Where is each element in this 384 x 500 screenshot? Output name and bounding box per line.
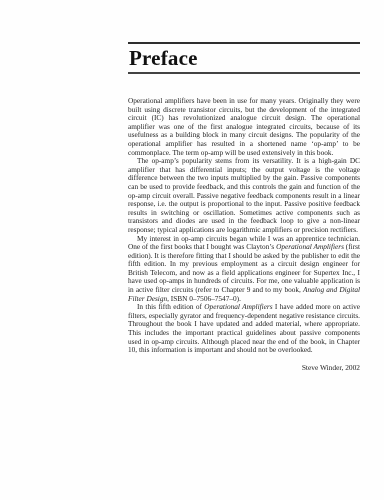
title-rule-bottom bbox=[128, 72, 360, 74]
paragraph-3: My interest in op-amp circuits began whi… bbox=[128, 235, 360, 304]
preface-body: Operational amplifiers have been in use … bbox=[128, 97, 360, 355]
paragraph-4: In this fifth edition of Operational Amp… bbox=[128, 303, 360, 355]
book-page: Preface Operational amplifiers have been… bbox=[0, 0, 384, 500]
paragraph-2: The op-amp’s popularity stems from its v… bbox=[128, 157, 360, 234]
author-signature: Steve Winder, 2002 bbox=[128, 364, 360, 373]
title-rule-top bbox=[128, 42, 360, 44]
preface-content: Preface Operational amplifiers have been… bbox=[128, 42, 360, 372]
paragraph-4-text: I have added more on active filters, esp… bbox=[128, 302, 360, 354]
paragraph-1-text: Operational amplifiers have been in use … bbox=[128, 96, 360, 157]
paragraph-2-text: The op-amp’s popularity stems from its v… bbox=[128, 156, 360, 234]
page-title: Preface bbox=[129, 46, 360, 70]
paragraph-1: Operational amplifiers have been in use … bbox=[128, 97, 360, 157]
